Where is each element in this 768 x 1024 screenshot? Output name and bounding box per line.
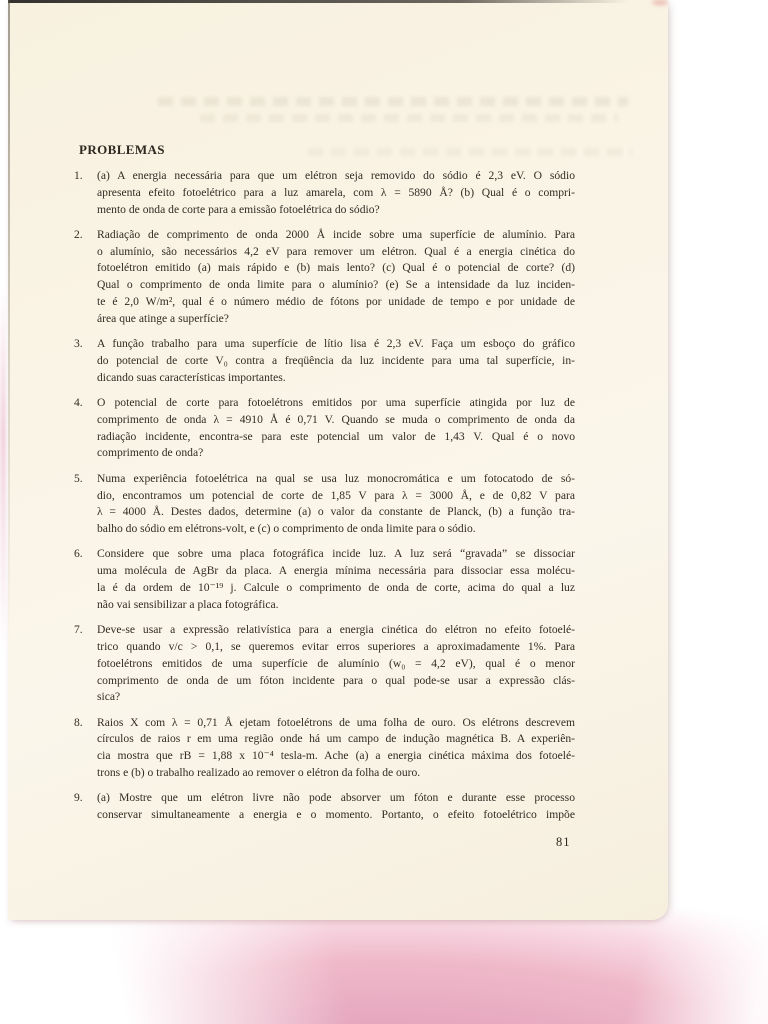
problem-text-line: área que atinge a superfície?	[97, 311, 575, 328]
problem-text-line: Numa experiência fotoelétrica na qual se…	[97, 471, 575, 488]
bleedthrough-text	[308, 148, 632, 156]
problem-text: Considere que sobre uma placa fotográfic…	[97, 546, 575, 613]
problem-text-line: círculos de raios r em uma região onde h…	[97, 731, 575, 748]
problem-item-3: 3. A função trabalho para uma superfície…	[74, 336, 575, 386]
problem-number: 3.	[74, 336, 97, 386]
problem-text-line: trico quando v/c > 0,1, se queremos evit…	[97, 639, 575, 656]
problem-text-line: Considere que sobre uma placa fotográfic…	[97, 546, 575, 563]
scanned-photo: PROBLEMAS 1. (a) A energia necessária pa…	[0, 0, 768, 1024]
problem-text-line: o alumínio, são necessários 4,2 eV para …	[97, 244, 575, 261]
page-number: 81	[556, 835, 571, 850]
problem-text-line: balho do sódio em elétrons-volt, e (c) o…	[97, 521, 575, 538]
problem-text-line: apresenta efeito fotoelétrico para a luz…	[97, 185, 575, 202]
problem-text: Radiação de comprimento de onda 2000 Å i…	[97, 227, 575, 328]
problem-text: O potencial de corte para fotoelétrons e…	[97, 395, 575, 462]
page-left-edge	[8, 0, 10, 640]
problem-text-line: fotoelétron emitido (a) mais rápido e (b…	[97, 260, 575, 277]
problem-text-line: comprimento de onda?	[97, 445, 575, 462]
bleedthrough-text	[200, 114, 618, 122]
corner-pink-mark	[652, 0, 668, 5]
problem-text-line: Radiação de comprimento de onda 2000 Å i…	[97, 227, 575, 244]
bleedthrough-text	[158, 97, 628, 106]
problem-number: 9.	[74, 790, 97, 824]
problem-number: 1.	[74, 168, 97, 218]
problem-text-line: Raios X com λ = 0,71 Å ejetam fotoelétro…	[97, 715, 575, 732]
problem-text-line: trons e (b) o trabalho realizado ao remo…	[97, 765, 575, 782]
problem-text-line: conservar simultaneamente a energia e o …	[97, 807, 575, 824]
problem-text-line: Deve-se usar a expressão relativística p…	[97, 622, 575, 639]
problems-list: 1. (a) A energia necessária para que um …	[74, 168, 575, 824]
problem-number: 8.	[74, 715, 97, 782]
problem-text-line: (a) Mostre que um elétron livre não pode…	[97, 790, 575, 807]
problem-number: 4.	[74, 395, 97, 462]
problem-item-8: 8. Raios X com λ = 0,71 Å ejetam fotoelé…	[74, 715, 575, 782]
problem-text-line: do potencial de corte V₀ contra a freqüê…	[97, 353, 575, 370]
problem-text: (a) A energia necessária para que um elé…	[97, 168, 575, 218]
problem-item-4: 4. O potencial de corte para fotoelétron…	[74, 395, 575, 462]
problem-text-line: não vai sensibilizar a placa fotográfica…	[97, 597, 575, 614]
problem-item-9: 9. (a) Mostre que um elétron livre não p…	[74, 790, 575, 824]
problem-text-line: dicando suas características importantes…	[97, 370, 575, 387]
problem-item-2: 2. Radiação de comprimento de onda 2000 …	[74, 227, 575, 328]
section-heading: PROBLEMAS	[79, 142, 165, 158]
problem-item-7: 7. Deve-se usar a expressão relativístic…	[74, 622, 575, 706]
problem-number: 7.	[74, 622, 97, 706]
problem-text-line: λ = 4000 Å. Destes dados, determine (a) …	[97, 504, 575, 521]
problem-text-line: Qual o comprimento de onda limite para o…	[97, 277, 575, 294]
problem-text-line: fotoelétrons emitidos de uma superfície …	[97, 656, 575, 673]
problem-text-line: te é 2,0 W/m², qual é o número médio de …	[97, 294, 575, 311]
problem-text-line: comprimento de onda de um fóton incident…	[97, 673, 575, 690]
problem-text-line: (a) A energia necessária para que um elé…	[97, 168, 575, 185]
book-page: PROBLEMAS 1. (a) A energia necessária pa…	[8, 0, 668, 920]
problem-number: 2.	[74, 227, 97, 328]
problem-text-line: radiação incidente, encontra-se para est…	[97, 429, 575, 446]
problem-text: Deve-se usar a expressão relativística p…	[97, 622, 575, 706]
problem-text: A função trabalho para uma superfície de…	[97, 336, 575, 386]
problem-text-line: cia mostra que rB = 1,88 x 10⁻⁴ tesla-m.…	[97, 748, 575, 765]
problem-text-line: A função trabalho para uma superfície de…	[97, 336, 575, 353]
problem-text: (a) Mostre que um elétron livre não pode…	[97, 790, 575, 824]
problem-text-line: uma molécula de AgBr da placa. A energia…	[97, 563, 575, 580]
problem-text-line: dio, encontramos um potencial de corte d…	[97, 488, 575, 505]
problem-item-1: 1. (a) A energia necessária para que um …	[74, 168, 575, 218]
problem-item-6: 6. Considere que sobre uma placa fotográ…	[74, 546, 575, 613]
problem-text-line: mento de onda de corte para a emissão fo…	[97, 202, 575, 219]
problem-number: 5.	[74, 471, 97, 538]
left-edge-pink-sliver	[0, 290, 6, 650]
page-top-edge	[8, 0, 654, 3]
problem-text-line: comprimento de onda λ = 4910 Å é 0,71 V.…	[97, 412, 575, 429]
problem-item-5: 5. Numa experiência fotoelétrica na qual…	[74, 471, 575, 538]
problem-text-line: O potencial de corte para fotoelétrons e…	[97, 395, 575, 412]
problem-text: Numa experiência fotoelétrica na qual se…	[97, 471, 575, 538]
problem-text-line: la é da ordem de 10⁻¹⁹ j. Calcule o comp…	[97, 580, 575, 597]
problem-number: 6.	[74, 546, 97, 613]
problem-text: Raios X com λ = 0,71 Å ejetam fotoelétro…	[97, 715, 575, 782]
problem-text-line: sica?	[97, 689, 575, 706]
